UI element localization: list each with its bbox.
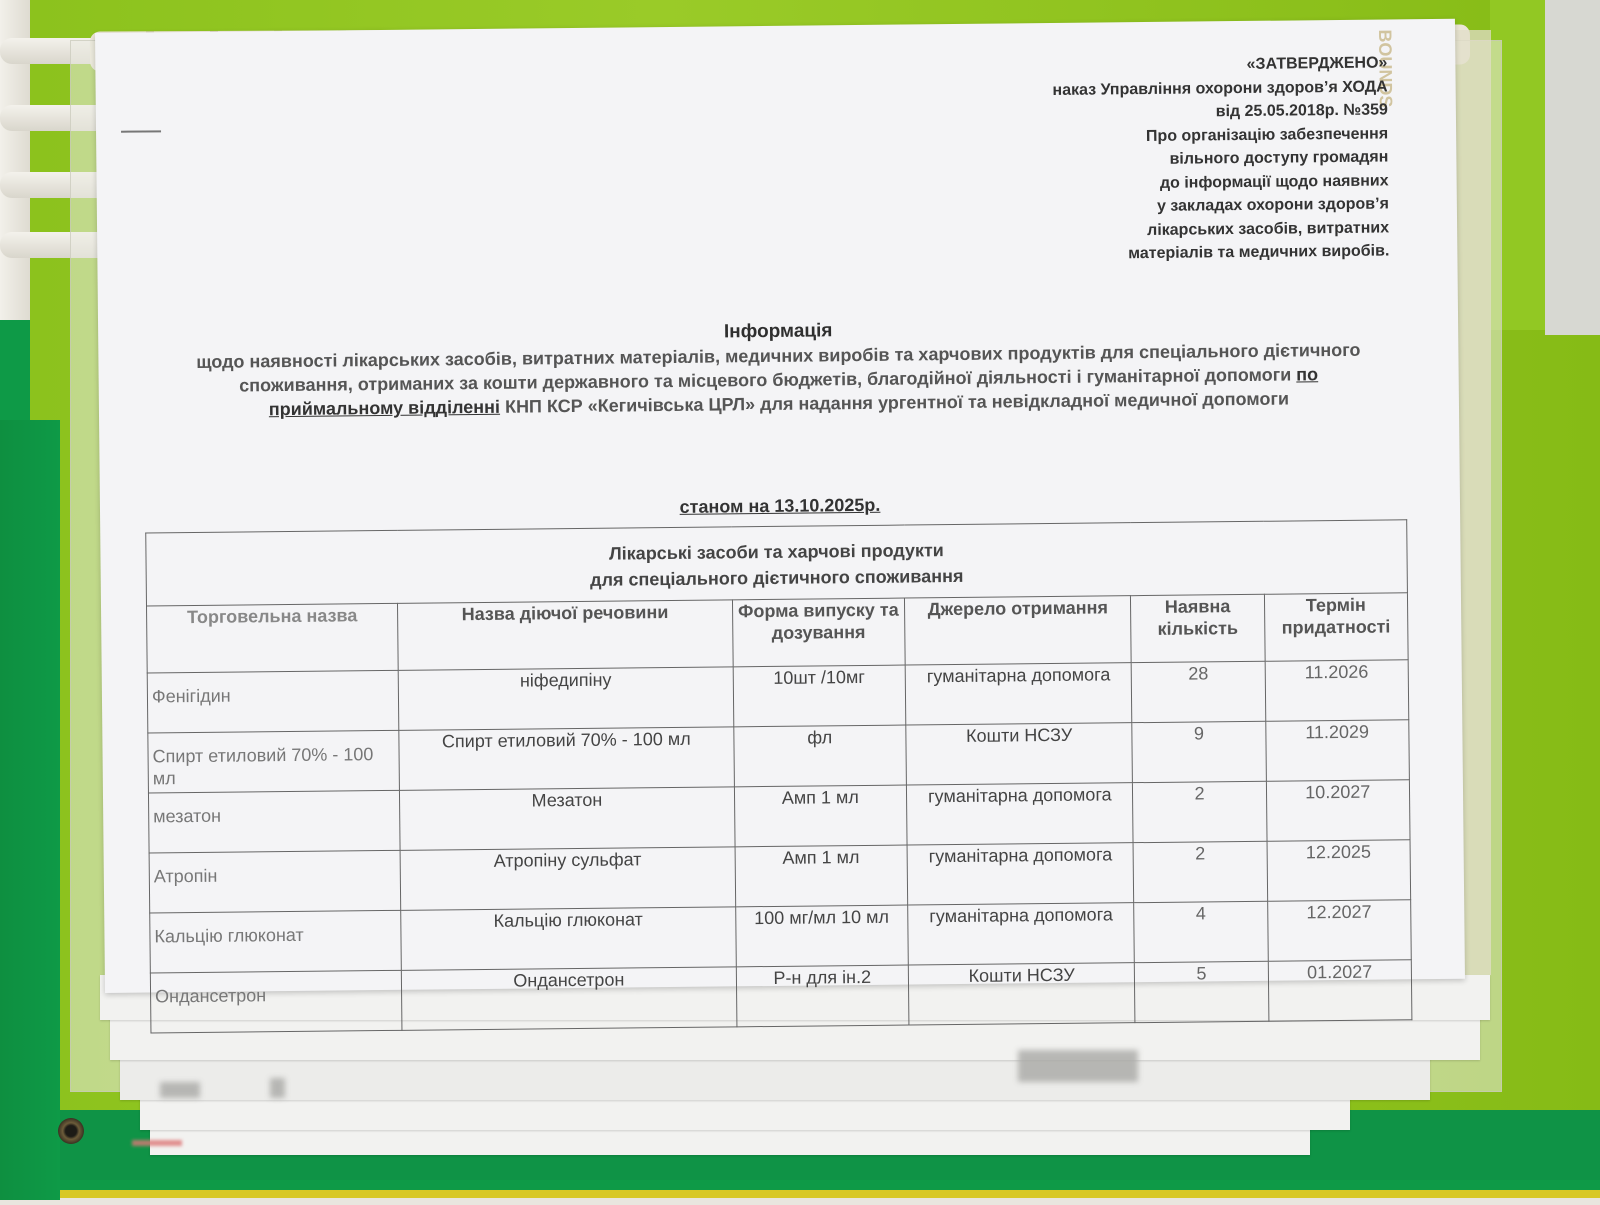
cell-trade-name: Ондансетрон	[150, 970, 402, 1033]
cell-active-substance: Атропіну сульфат	[400, 847, 735, 910]
header-form-dosage: Форма випуску та дозування	[732, 598, 905, 667]
pen-mark	[121, 130, 161, 132]
cell-form-dosage: Р-н для ін.2	[736, 965, 909, 1027]
cell-active-substance: Мезатон	[400, 787, 735, 850]
cell-trade-name: мезатон	[148, 790, 400, 853]
cell-expiry: 11.2026	[1265, 660, 1409, 721]
blurred-text	[270, 1078, 285, 1098]
cell-quantity: 9	[1132, 721, 1266, 782]
cell-source: гуманітарна допомога	[905, 663, 1132, 725]
cell-source: гуманітарна допомога	[908, 903, 1135, 965]
blurred-text	[1018, 1050, 1138, 1082]
cell-form-dosage: 100 мг/мл 10 мл	[735, 905, 908, 967]
approval-line: матеріалів та медичних виробів.	[1054, 239, 1389, 266]
cell-expiry: 12.2025	[1267, 840, 1411, 901]
approval-line: лікарських засобів, витратних	[1054, 216, 1389, 243]
cell-active-substance: Ондансетрон	[402, 967, 737, 1030]
header-trade-name: Торговельна назва	[147, 603, 399, 673]
approval-line: Про організацію забезпечення	[1053, 122, 1388, 149]
cell-trade-name: Фенігідин	[147, 670, 399, 733]
cell-quantity: 2	[1134, 841, 1268, 902]
cell-expiry: 11.2029	[1265, 720, 1409, 781]
approval-line: до інформації щодо наявних	[1053, 169, 1388, 196]
title-body-end: КНП КСР «Кегичівська ЦРЛ» для надання ур…	[505, 389, 1289, 417]
cell-expiry: 10.2027	[1266, 780, 1410, 841]
title-body-start: щодо наявності лікарських засобів, витра…	[196, 340, 1360, 396]
approval-line: від 25.05.2018р. №359	[1053, 98, 1388, 125]
approval-line: у закладах охорони здоров’я	[1054, 192, 1389, 219]
board-green-stripe	[0, 420, 60, 1200]
cell-active-substance: ніфедипіну	[398, 667, 733, 730]
wall-strip	[1545, 0, 1600, 335]
header-quantity: Наявна кількість	[1131, 594, 1265, 662]
cell-active-substance: Спирт етиловий 70% - 100 мл	[399, 727, 734, 790]
cell-quantity: 28	[1132, 661, 1266, 722]
as-of-date: станом на 13.10.2025р.	[100, 489, 1460, 524]
cell-quantity: 4	[1134, 901, 1268, 962]
cell-expiry: 12.2027	[1267, 900, 1411, 961]
cell-quantity: 2	[1133, 781, 1267, 842]
cell-expiry: 01.2027	[1268, 960, 1412, 1021]
cell-source: Кошти НСЗУ	[906, 723, 1133, 785]
blurred-text	[160, 1082, 200, 1098]
grommet-icon	[58, 1118, 84, 1144]
cell-form-dosage: Амп 1 мл	[734, 785, 907, 847]
cell-trade-name: Спирт етиловий 70% - 100 мл	[148, 730, 400, 793]
cell-source: гуманітарна допомога	[907, 843, 1134, 905]
table-caption: Лікарські засоби та харчові продукти для…	[146, 520, 1408, 606]
cell-trade-name: Кальцію глюконат	[150, 910, 402, 973]
approval-line: наказ Управління охорони здоров’я ХОДА	[1052, 75, 1387, 102]
table-row: Ондансетрон Ондансетрон Р-н для ін.2 Кош…	[150, 960, 1412, 1033]
approval-line: «ЗАТВЕРДЖЕНО»	[1052, 51, 1387, 78]
red-marking	[132, 1140, 182, 1146]
cell-source: гуманітарна допомога	[906, 783, 1133, 845]
document-title: Інформація щодо наявності лікарських зас…	[178, 314, 1379, 423]
cell-source: Кошти НСЗУ	[908, 963, 1135, 1025]
title-body: щодо наявності лікарських засобів, витра…	[178, 338, 1379, 423]
cell-quantity: 5	[1135, 961, 1269, 1022]
approval-stamp-block: «ЗАТВЕРДЖЕНО» наказ Управління охорони з…	[1052, 51, 1389, 266]
document-page: BOUNDS «ЗАТВЕРДЖЕНО» наказ Управління ох…	[95, 19, 1465, 993]
cell-active-substance: Кальцію глюконат	[401, 907, 736, 970]
header-source: Джерело отримання	[905, 596, 1132, 665]
inventory-table: Лікарські засоби та харчові продукти для…	[145, 519, 1412, 1033]
cell-trade-name: Атропін	[149, 850, 401, 913]
header-active-substance: Назва діючої речовини	[398, 600, 733, 670]
approval-line: вільного доступу громадян	[1053, 145, 1388, 172]
header-expiry: Термін придатності	[1264, 593, 1408, 661]
cell-form-dosage: Амп 1 мл	[735, 845, 908, 907]
cell-form-dosage: 10шт /10мг	[733, 665, 906, 727]
cell-form-dosage: фл	[733, 725, 906, 787]
